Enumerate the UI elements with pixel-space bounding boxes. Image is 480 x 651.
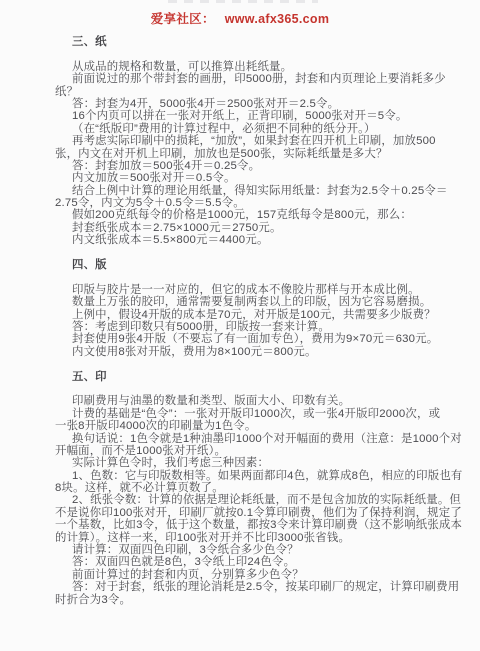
site-url-link[interactable]: www.afx365.com xyxy=(225,12,329,26)
text-line: 不是说你印100张对开，印刷厂就按0.1令算印刷费，他们为了保持利润，规定了 xyxy=(55,507,459,519)
text-line: 计费的基础是“色令”：一张对开版印1000次，或一张4开版印2000次，或 xyxy=(55,408,459,420)
text-line: 封套纸张成本＝2.75×1000元＝2750元。 xyxy=(55,222,459,234)
text-line: 8块。这样，就不必计算页数了。 xyxy=(55,482,459,494)
text-line: 封套使用9张4开版（不要忘了有一面加专色），费用为9×70元＝630元。 xyxy=(55,333,459,345)
text-line: 纸？ xyxy=(55,86,459,98)
text-line: 印版与胶片是一一对应的，但它的成本不像胶片那样与开本成比例。 xyxy=(55,284,459,296)
text-line: （在“纸版印”费用的计算过程中，必须把不同种的纸分开。） xyxy=(55,123,459,135)
document-body: 三、纸从成品的规格和数量，可以推算出耗纸量。前面说过的那个带封套的画册，印500… xyxy=(55,36,459,606)
section-heading: 五、印 xyxy=(55,371,459,383)
text-line: 答：对于封套，纸张的理论消耗是2.5令，按某印刷厂的规定，计算印刷费用 xyxy=(55,581,459,593)
text-line: 时折合为3令。 xyxy=(55,594,459,606)
text-line: 2.75令，内文为5令＋0.5令＝5.5令。 xyxy=(55,197,459,209)
text-line: 印刷费用与油墨的数量和类型、版面大小、印数有关。 xyxy=(55,395,459,407)
text-line: 实际计算色令时，我们考虑三种因素： xyxy=(55,457,459,469)
site-name: 爱享社区： xyxy=(151,12,215,26)
text-line: 答：封套为4开，5000张4开＝2500张对开＝2.5令。 xyxy=(55,98,459,110)
text-line: 的计算）。这样一来，印100张对开并不比印3000张省钱。 xyxy=(55,532,459,544)
section-heading: 四、版 xyxy=(55,259,459,271)
section-heading: 三、纸 xyxy=(55,36,459,48)
text-line: 再考虑实际印刷中的损耗，“加放”，如果封套在四开机上印刷，加放500 xyxy=(55,135,459,147)
scan-artifact xyxy=(168,0,318,3)
text-line: 请计算：双面四色印刷，3令纸合多少色令？ xyxy=(55,544,459,556)
text-line: 答：双面四色就是8色，3令纸上印24色令。 xyxy=(55,556,459,568)
text-line: 张，内文在对开机上印刷，加放也是500张，实际耗纸量是多大？ xyxy=(55,148,459,160)
text-line: 内文加放＝500张对开＝0.5令。 xyxy=(55,172,459,184)
text-line: 2、纸张令数：计算的依据是理论耗纸量，而不是包含加放的实际耗纸量。但 xyxy=(55,494,459,506)
text-line: 内文使用8张对开版，费用为8×100元＝800元。 xyxy=(55,346,459,358)
text-line: 假如200克纸每令的价格是1000元，157克纸每令是800元，那么： xyxy=(55,209,459,221)
text-line: 前面计算过的封套和内页，分别算多少色令？ xyxy=(55,569,459,581)
text-line: 开幅面，而不是1000张对开纸）。 xyxy=(55,445,459,457)
text-line: 结合上例中计算的理论用纸量，得知实际用纸量：封套为2.5令＋0.25令＝ xyxy=(55,185,459,197)
text-line: 一个基数，比如3令，低于这个数量，都按3令来计算印刷费（这不影响纸张成本 xyxy=(55,519,459,531)
text-line: 答：封套加放＝500张4开＝0.25令。 xyxy=(55,160,459,172)
text-line: 16个内页可以拼在一张对开纸上，正背印刷，5000张对开＝5令。 xyxy=(55,110,459,122)
text-line: 答：考虑到印数只有5000册，印版按一套来计算。 xyxy=(55,321,459,333)
text-line: 1、色数：它与印版数相等。如果两面都印4色，就算成8色，相应的印版也有 xyxy=(55,470,459,482)
text-line: 一张8开版印4000次的印刷量为1色令。 xyxy=(55,420,459,432)
text-line: 从成品的规格和数量，可以推算出耗纸量。 xyxy=(55,61,459,73)
text-line: 上例中，假设4开版的成本是70元，对开版是100元，共需要多少版费？ xyxy=(55,309,459,321)
scanned-document-page: 爱享社区：www.afx365.com 三、纸从成品的规格和数量，可以推算出耗纸… xyxy=(0,0,480,651)
text-line: 前面说过的那个带封套的画册，印5000册，封套和内页理论上要消耗多少 xyxy=(55,73,459,85)
text-line: 换句话说：1色令就是1种油墨印1000个对开幅面的费用（注意：是1000个对 xyxy=(55,433,459,445)
text-line: 数量上万张的胶印，通常需要复制两套以上的印版，因为它容易磨损。 xyxy=(55,296,459,308)
text-line: 内文纸张成本＝5.5×800元＝4400元。 xyxy=(55,234,459,246)
site-banner: 爱享社区：www.afx365.com xyxy=(0,9,480,27)
